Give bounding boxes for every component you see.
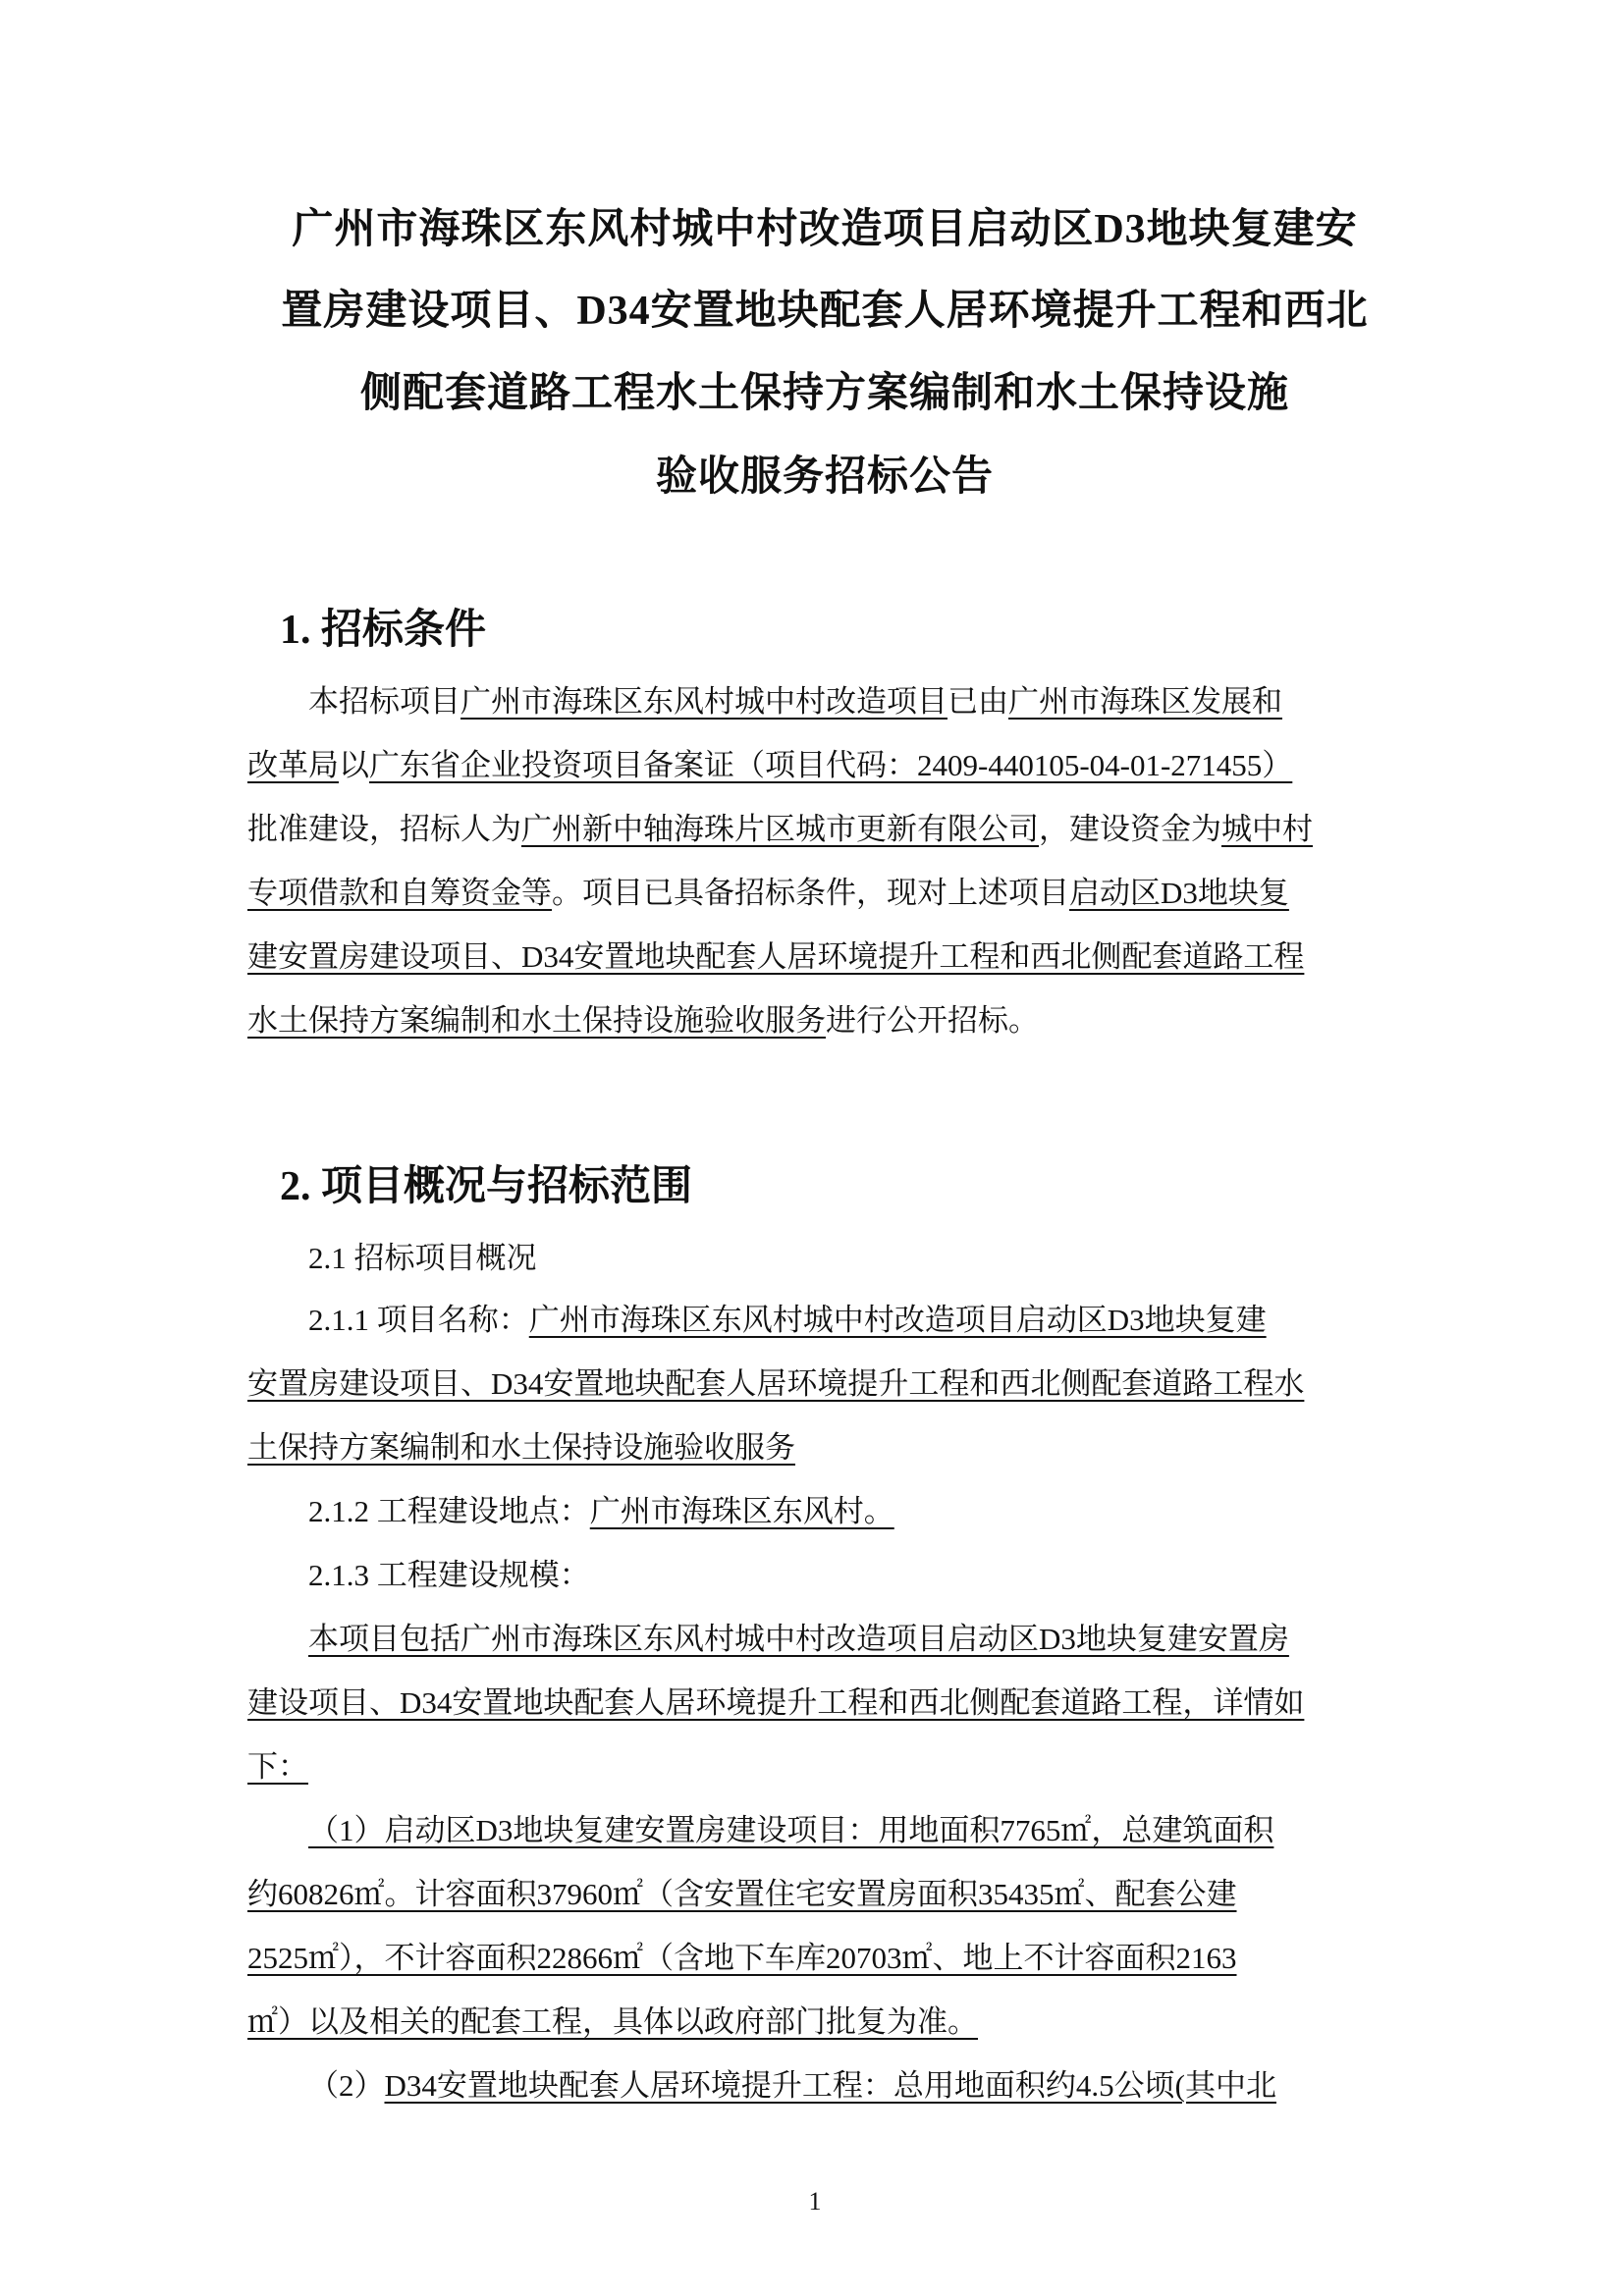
scale-text: 本项目包括广州市海珠区东风村城中村改造项目启动区D3地块复建安置房 xyxy=(308,1622,1289,1656)
item-2-1-1-value: 广州市海珠区东风村城中村改造项目启动区D3地块复建 xyxy=(529,1303,1267,1337)
section-1-line: 专项借款和自筹资金等。项目已具备招标条件，现对上述项目启动区D3地块复 xyxy=(247,874,1386,913)
section-1-segment: 。项目已具备招标条件，现对上述项目 xyxy=(552,876,1069,910)
item-2-1-2-value: 广州市海珠区东风村。 xyxy=(590,1494,894,1528)
document-page: 广州市海珠区东风村城中村改造项目启动区D3地块复建安 置房建设项目、D34安置地… xyxy=(0,0,1624,2296)
section-1-heading: 1. 招标条件 xyxy=(280,597,486,656)
title-line-2: 置房建设项目、D34安置地块配套人居环境提升工程和西北 xyxy=(236,278,1414,337)
item1-text: ㎡）以及相关的配套工程，具体以政府部门批复为准。 xyxy=(247,2004,978,2039)
item-2-1-1: 2.1.1 项目名称：广州市海珠区东风村城中村改造项目启动区D3地块复建 xyxy=(308,1301,1386,1340)
item-2-1-3: 2.1.3 工程建设规模： xyxy=(308,1556,1386,1595)
scale-text: 下： xyxy=(247,1749,308,1784)
section-1-segment: ，建设资金为 xyxy=(1039,812,1221,846)
page-number: 1 xyxy=(805,2187,825,2216)
section-1-segment: 改革局 xyxy=(247,748,339,782)
item2-prefix: （2） xyxy=(308,2068,385,2103)
section-1-segment: 水土保持方案编制和水土保持设施验收服务 xyxy=(247,1003,826,1038)
scale-line-2: 建设项目、D34安置地块配套人居环境提升工程和西北侧配套道路工程，详情如 xyxy=(247,1683,1386,1723)
section-1-line: 批准建设，招标人为广州新中轴海珠片区城市更新有限公司，建设资金为城中村 xyxy=(247,810,1386,849)
section-1-line: 改革局以广东省企业投资项目备案证（项目代码：2409-440105-04-01-… xyxy=(247,746,1386,785)
subsection-2-1: 2.1 招标项目概况 xyxy=(308,1239,1386,1278)
title-line-3: 侧配套道路工程水土保持方案编制和水土保持设施 xyxy=(236,360,1414,419)
item-2-1-2: 2.1.2 工程建设地点：广州市海珠区东风村。 xyxy=(308,1492,1386,1531)
section-2-heading: 2. 项目概况与招标范围 xyxy=(280,1153,692,1212)
section-1-segment: 以 xyxy=(339,748,369,782)
scale-line-3: 下： xyxy=(247,1747,1386,1787)
item-2-1-2-label: 2.1.2 工程建设地点： xyxy=(308,1494,590,1528)
item1-line-1: （1）启动区D3地块复建安置房建设项目：用地面积7765㎡，总建筑面积 xyxy=(308,1811,1386,1850)
section-1-segment: 广州新中轴海珠片区城市更新有限公司 xyxy=(521,812,1039,846)
item2-line-1: （2）D34安置地块配套人居环境提升工程：总用地面积约4.5公顷(其中北 xyxy=(308,2066,1386,2106)
item1-text: （1）启动区D3地块复建安置房建设项目：用地面积7765㎡，总建筑面积 xyxy=(308,1813,1273,1847)
title-line-1: 广州市海珠区东风村城中村改造项目启动区D3地块复建安 xyxy=(236,196,1414,255)
section-1-segment: 广州市海珠区发展和 xyxy=(1008,684,1282,719)
item-2-1-1-value-cont: 土保持方案编制和水土保持设施验收服务 xyxy=(247,1430,795,1465)
section-1-segment: 广州市海珠区东风村城中村改造项目 xyxy=(460,684,947,719)
section-1-segment: 本招标项目 xyxy=(308,684,460,719)
section-1-segment: 建安置房建设项目、D34安置地块配套人居环境提升工程和西北侧配套道路工程 xyxy=(247,939,1304,974)
title-line-4: 验收服务招标公告 xyxy=(236,444,1414,503)
section-1-segment: 已由 xyxy=(947,684,1008,719)
section-1-segment: 专项借款和自筹资金等 xyxy=(247,876,552,910)
section-1-segment: 启动区D3地块复 xyxy=(1069,876,1289,910)
scale-text: 建设项目、D34安置地块配套人居环境提升工程和西北侧配套道路工程，详情如 xyxy=(247,1685,1304,1720)
section-1-segment: 广东省企业投资项目备案证（项目代码：2409-440105-04-01-2714… xyxy=(369,748,1292,782)
section-1-segment: 进行公开招标。 xyxy=(826,1003,1039,1038)
item2-text: D34安置地块配套人居环境提升工程：总用地面积约4.5公顷(其中北 xyxy=(385,2068,1276,2103)
section-1-segment: 城中村 xyxy=(1221,812,1313,846)
section-1-segment: 批准建设，招标人为 xyxy=(247,812,521,846)
item1-text: 2525㎡），不计容面积22866㎡（含地下车库20703㎡、地上不计容面积21… xyxy=(247,1941,1237,1975)
item1-line-4: ㎡）以及相关的配套工程，具体以政府部门批复为准。 xyxy=(247,2002,1386,2042)
section-1-line: 水土保持方案编制和水土保持设施验收服务进行公开招标。 xyxy=(247,1001,1386,1041)
item-2-1-1-cont-1: 安置房建设项目、D34安置地块配套人居环境提升工程和西北侧配套道路工程水 xyxy=(247,1364,1386,1404)
item-2-1-1-cont-2: 土保持方案编制和水土保持设施验收服务 xyxy=(247,1428,1386,1468)
item1-text: 约60826㎡。计容面积37960㎡（含安置住宅安置房面积35435㎡、配套公建 xyxy=(247,1877,1237,1911)
item1-line-2: 约60826㎡。计容面积37960㎡（含安置住宅安置房面积35435㎡、配套公建 xyxy=(247,1875,1386,1914)
item1-line-3: 2525㎡），不计容面积22866㎡（含地下车库20703㎡、地上不计容面积21… xyxy=(247,1939,1386,1978)
scale-line-1: 本项目包括广州市海珠区东风村城中村改造项目启动区D3地块复建安置房 xyxy=(308,1620,1386,1659)
section-1-line: 本招标项目广州市海珠区东风村城中村改造项目已由广州市海珠区发展和 xyxy=(308,682,1386,721)
item-2-1-1-label: 2.1.1 项目名称： xyxy=(308,1303,529,1337)
item-2-1-1-value-cont: 安置房建设项目、D34安置地块配套人居环境提升工程和西北侧配套道路工程水 xyxy=(247,1366,1304,1401)
section-1-line: 建安置房建设项目、D34安置地块配套人居环境提升工程和西北侧配套道路工程 xyxy=(247,937,1386,977)
